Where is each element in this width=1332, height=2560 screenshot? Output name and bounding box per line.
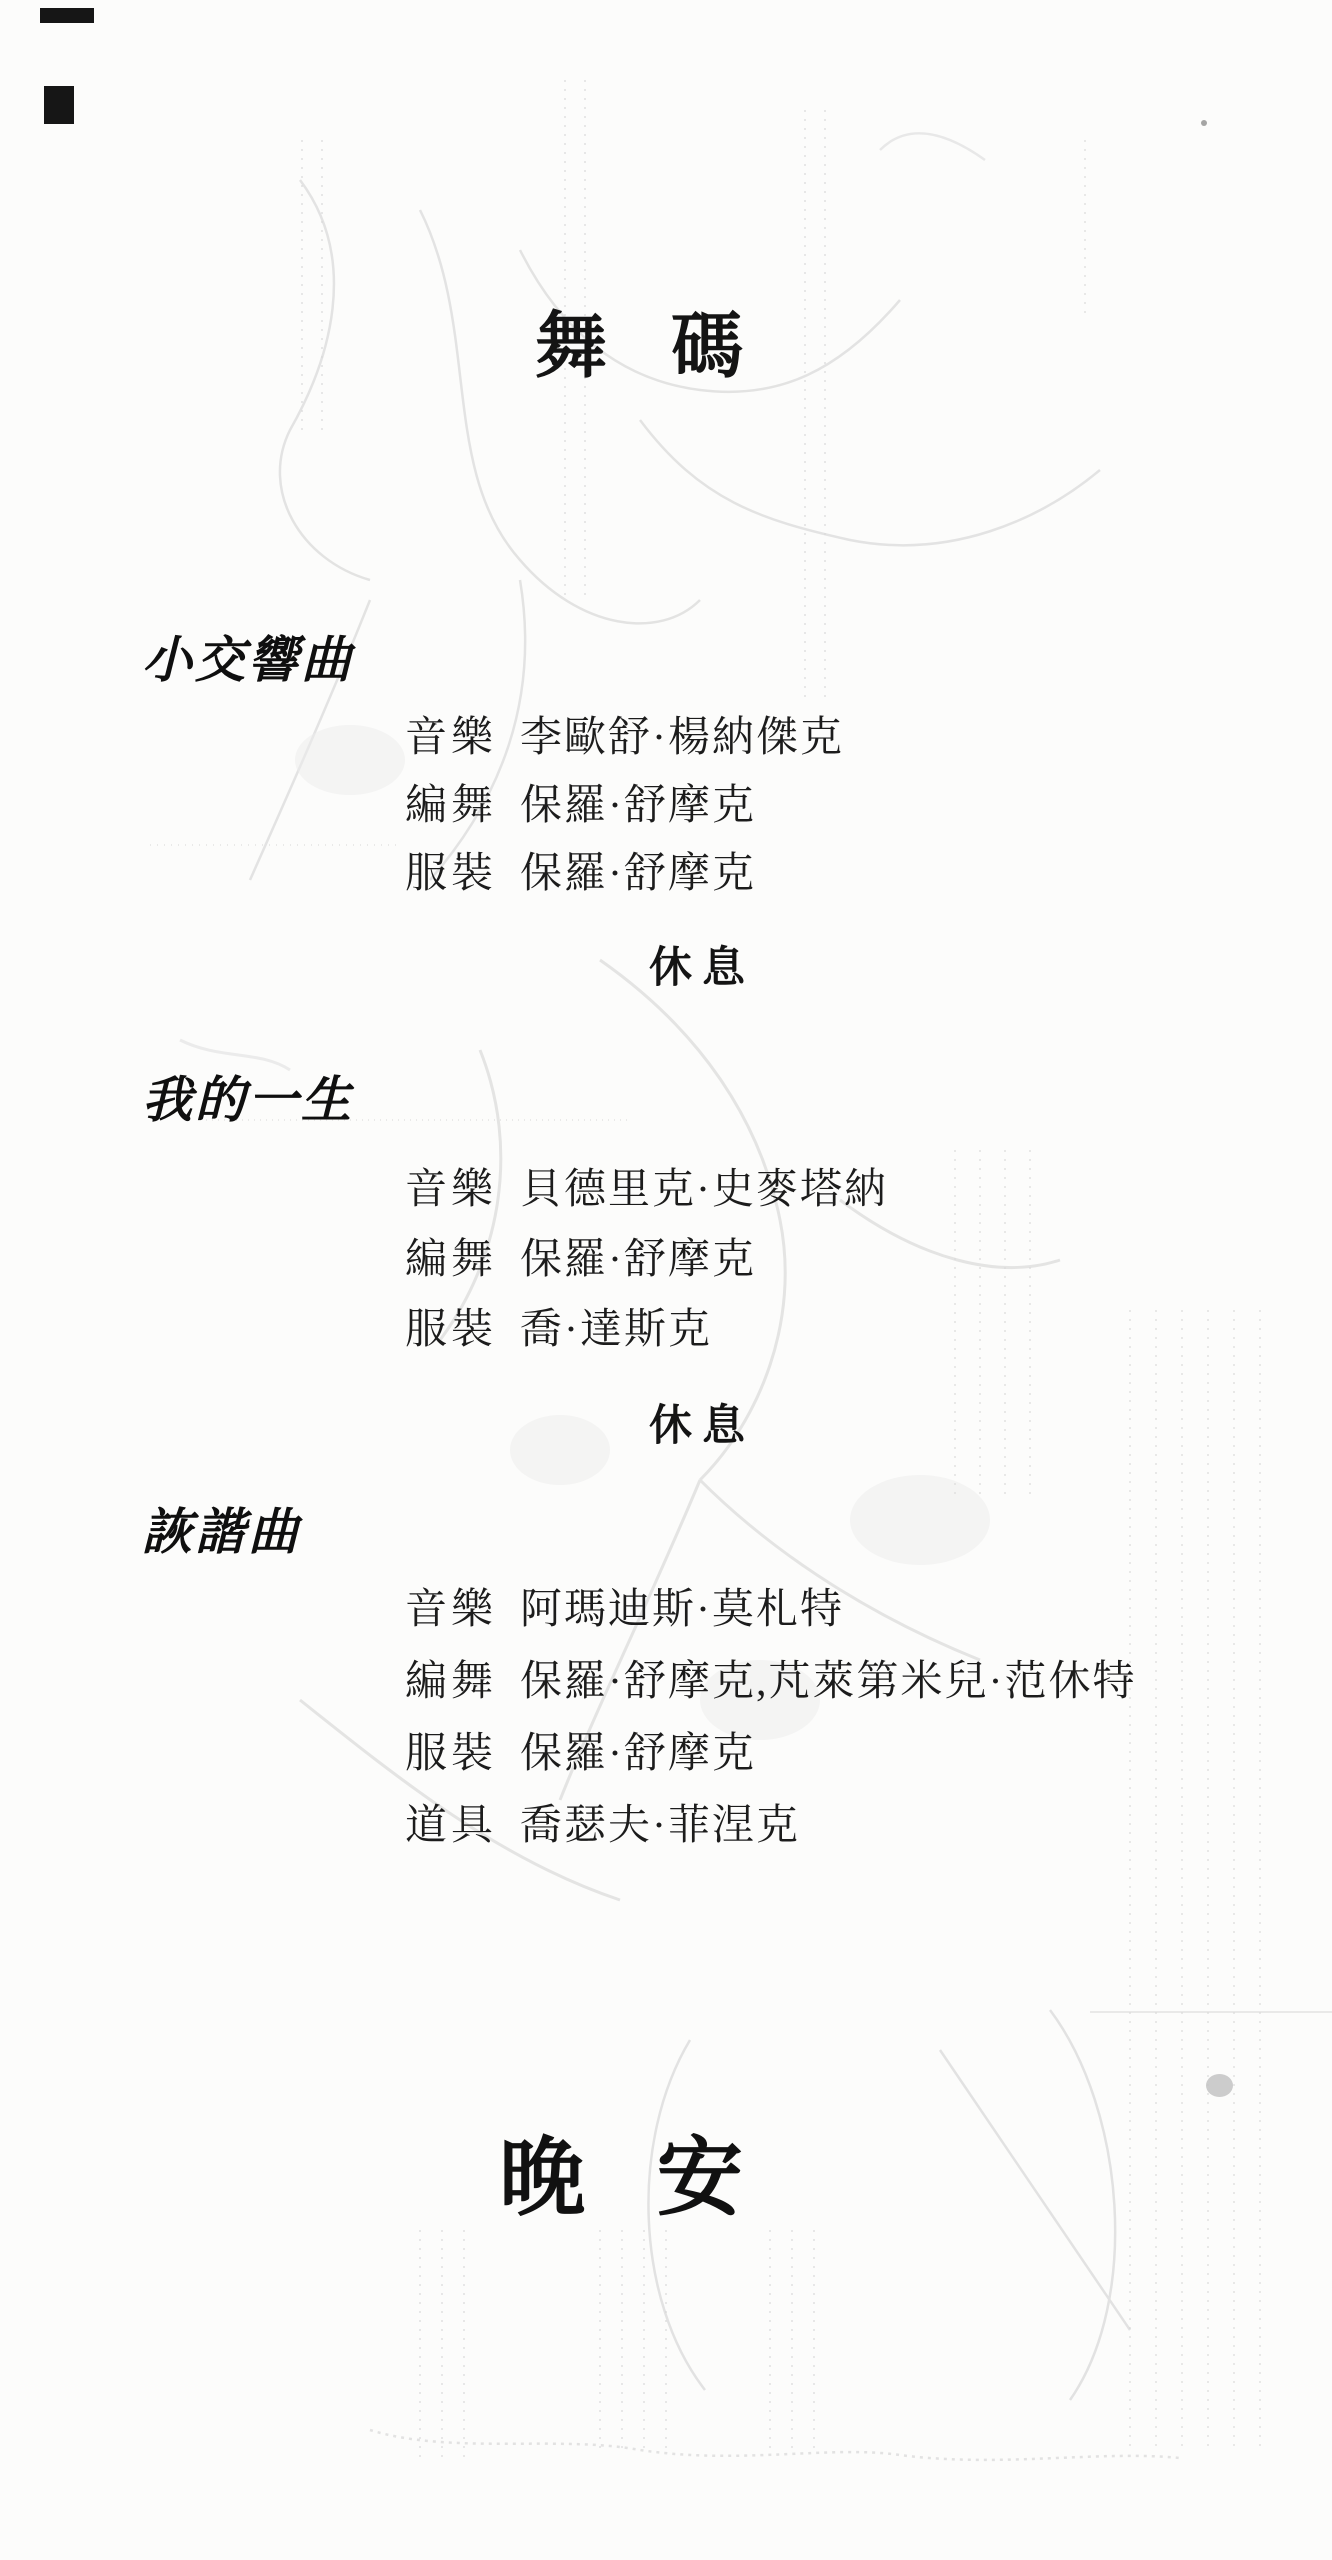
credit-label: 服裝 — [405, 1296, 497, 1356]
section-title-sinfonietta: 小交響曲 — [142, 620, 354, 692]
credit-label: 服裝 — [405, 1720, 497, 1780]
credit-value: 保羅·舒摩克 — [520, 772, 756, 832]
paper-speck-right-middle — [1206, 2074, 1233, 2097]
section-title-scherzo: 詼諧曲 — [142, 1492, 301, 1564]
registration-mark-square — [44, 86, 74, 124]
sketch-staff-lines-bottom — [420, 2230, 814, 2460]
credit-value: 喬·達斯克 — [520, 1296, 712, 1356]
credit-label: 音樂 — [405, 1576, 497, 1636]
credit-label: 道具 — [405, 1792, 497, 1852]
credit-label: 服裝 — [405, 840, 497, 900]
closing-title: 晚 安 — [499, 2108, 745, 2232]
sketch-staff-lines-right — [955, 1150, 1260, 2450]
credit-value: 保羅·舒摩克 — [520, 840, 756, 900]
intermission-label: 休息 — [649, 934, 755, 995]
page-title: 舞 碼 — [535, 288, 745, 392]
credit-value: 貝德里克·史麥塔納 — [520, 1156, 888, 1216]
programme-page: 舞 碼 小交響曲 音樂 李歐舒·楊納傑克 編舞 保羅·舒摩克 服裝 保羅·舒摩克… — [0, 0, 1332, 2560]
credit-label: 音樂 — [405, 1156, 497, 1216]
credit-label: 編舞 — [405, 1648, 497, 1708]
credit-label: 編舞 — [405, 1226, 497, 1286]
sketch-bottom-curves — [370, 2010, 1180, 2460]
credit-value: 李歐舒·楊納傑克 — [520, 704, 844, 764]
intermission-label: 休息 — [649, 1392, 755, 1453]
credit-value: 阿瑪迪斯·莫札特 — [520, 1576, 844, 1636]
sketch-upper-figure — [250, 133, 1100, 880]
credit-label: 編舞 — [405, 772, 497, 832]
credit-value: 保羅·舒摩克 — [520, 1226, 756, 1286]
credit-value: 喬瑟夫·菲涅克 — [520, 1792, 800, 1852]
credit-label: 音樂 — [405, 704, 497, 764]
credit-value: 保羅·舒摩克,芃萊第米兒·范休特 — [520, 1648, 1136, 1708]
credit-value: 保羅·舒摩克 — [520, 1720, 756, 1780]
paper-speck-top-right — [1201, 120, 1207, 126]
registration-mark-bar — [40, 8, 94, 23]
section-title-my-life: 我的一生 — [142, 1060, 354, 1132]
